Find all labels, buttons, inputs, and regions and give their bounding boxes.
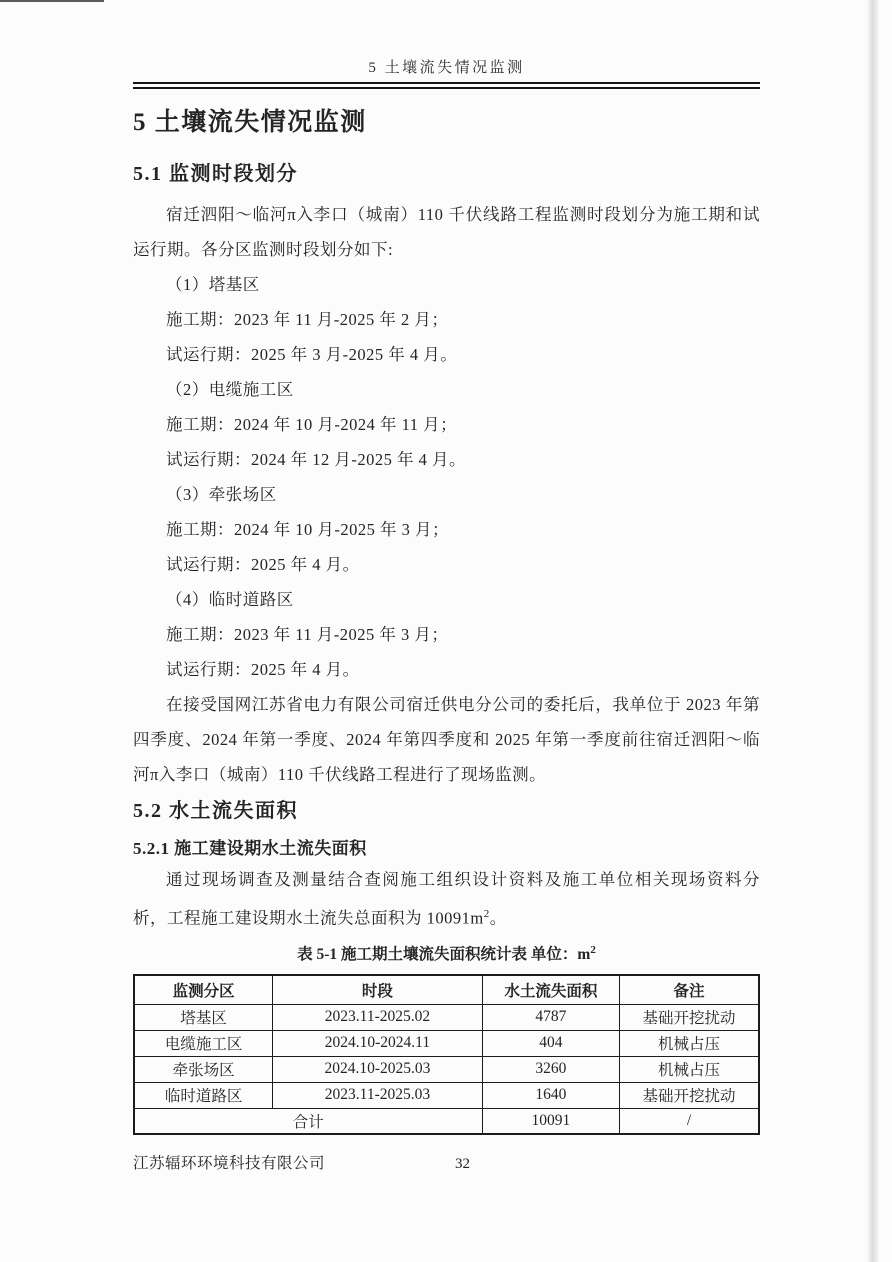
section-5-2-1-title: 5.2.1 施工建设期水土流失面积 [133, 838, 760, 860]
page-content: 5 土壤流失情况监测 5 土壤流失情况监测 5.1 监测时段划分 宿迁泗阳～临河… [133, 0, 760, 1135]
section-5-1-title: 5.1 监测时段划分 [133, 161, 760, 187]
footer-company-name: 江苏辐环环境科技有限公司 [133, 1155, 325, 1173]
soil-loss-statistics-table: 监测分区 时段 水土流失面积 备注 塔基区 2023.11-2025.02 47… [133, 974, 760, 1135]
column-header-remarks: 备注 [620, 975, 759, 1004]
cell-period: 2023.11-2025.02 [273, 1004, 482, 1030]
cell-period: 2023.11-2025.03 [273, 1082, 482, 1108]
cell-remark: 机械占压 [620, 1056, 759, 1082]
cell-remark: 基础开挖扰动 [620, 1004, 759, 1030]
cell-area: 3260 [482, 1056, 620, 1082]
table-caption: 表 5-1 施工期土壤流失面积统计表 单位：m2 [133, 940, 760, 965]
column-header-erosion-area: 水土流失面积 [482, 975, 620, 1004]
zone-3-trial-period: 试运行期：2025 年 4 月。 [133, 547, 760, 582]
table-header-row: 监测分区 时段 水土流失面积 备注 [134, 975, 759, 1004]
zone-1-label: （1）塔基区 [133, 267, 760, 302]
cell-area: 404 [482, 1030, 620, 1056]
zone-2-label: （2）电缆施工区 [133, 372, 760, 407]
table-row-tower-base: 塔基区 2023.11-2025.02 4787 基础开挖扰动 [134, 1004, 759, 1030]
table-total-row: 合计 10091 / [134, 1108, 759, 1134]
cell-remark: 基础开挖扰动 [620, 1082, 759, 1108]
cell-area: 1640 [482, 1082, 620, 1108]
cell-total-remark: / [620, 1108, 759, 1134]
section-5-2-1-paragraph: 通过现场调查及测量结合查阅施工组织设计资料及施工单位相关现场资料分析，工程施工建… [133, 862, 760, 936]
zone-4-label: （4）临时道路区 [133, 582, 760, 617]
zone-1-trial-period: 试运行期：2025 年 3 月-2025 年 4 月。 [133, 337, 760, 372]
section-5-1-intro-paragraph: 宿迁泗阳～临河π入李口（城南）110 千伏线路工程监测时段划分为施工期和试运行期… [133, 197, 760, 267]
zone-2-trial-period: 试运行期：2024 年 12 月-2025 年 4 月。 [133, 442, 760, 477]
cell-zone: 牵张场区 [134, 1056, 273, 1082]
table-row-cable-construction: 电缆施工区 2024.10-2024.11 404 机械占压 [134, 1030, 759, 1056]
zone-1-construction-period: 施工期：2023 年 11 月-2025 年 2 月； [133, 302, 760, 337]
scan-artifact-right-edge [867, 0, 879, 1262]
column-header-monitoring-zone: 监测分区 [134, 975, 273, 1004]
cell-zone: 临时道路区 [134, 1082, 273, 1108]
cell-zone: 塔基区 [134, 1004, 273, 1030]
zone-2-construction-period: 施工期：2024 年 10 月-2024 年 11 月； [133, 407, 760, 442]
section-5-1-closing-paragraph: 在接受国网江苏省电力有限公司宿迁供电分公司的委托后，我单位于 2023 年第四季… [133, 687, 760, 792]
column-header-period: 时段 [273, 975, 482, 1004]
section-5-2-title: 5.2 水土流失面积 [133, 798, 760, 824]
cell-total-label: 合计 [134, 1108, 482, 1134]
zone-3-label: （3）牵张场区 [133, 477, 760, 512]
footer-page-number: 32 [455, 1155, 470, 1173]
cell-period: 2024.10-2025.03 [273, 1056, 482, 1082]
area-text-period: 。 [490, 908, 507, 927]
table-row-temporary-road: 临时道路区 2023.11-2025.03 1640 基础开挖扰动 [134, 1082, 759, 1108]
cell-remark: 机械占压 [620, 1030, 759, 1056]
header-divider-thick-line [133, 82, 760, 84]
table-row-tension-field: 牵张场区 2024.10-2025.03 3260 机械占压 [134, 1056, 759, 1082]
table-caption-text: 表 5-1 施工期土壤流失面积统计表 单位：m [297, 946, 590, 963]
zone-4-construction-period: 施工期：2023 年 11 月-2025 年 3 月； [133, 617, 760, 652]
header-divider-thin-line [133, 87, 760, 89]
caption-square-meter-superscript: 2 [590, 944, 596, 956]
zone-4-trial-period: 试运行期：2025 年 4 月。 [133, 652, 760, 687]
cell-area: 4787 [482, 1004, 620, 1030]
scan-artifact-top-edge [0, 0, 104, 2]
zone-3-construction-period: 施工期：2024 年 10 月-2025 年 3 月； [133, 512, 760, 547]
area-text: 通过现场调查及测量结合查阅施工组织设计资料及施工单位相关现场资料分析，工程施工建… [133, 870, 760, 928]
running-header: 5 土壤流失情况监测 [133, 56, 760, 77]
chapter-title: 5 土壤流失情况监测 [133, 108, 760, 138]
cell-period: 2024.10-2024.11 [273, 1030, 482, 1056]
document-page: 5 土壤流失情况监测 5 土壤流失情况监测 5.1 监测时段划分 宿迁泗阳～临河… [0, 0, 892, 1262]
header-divider [133, 82, 760, 89]
cell-zone: 电缆施工区 [134, 1030, 273, 1056]
cell-total-area: 10091 [482, 1108, 620, 1134]
